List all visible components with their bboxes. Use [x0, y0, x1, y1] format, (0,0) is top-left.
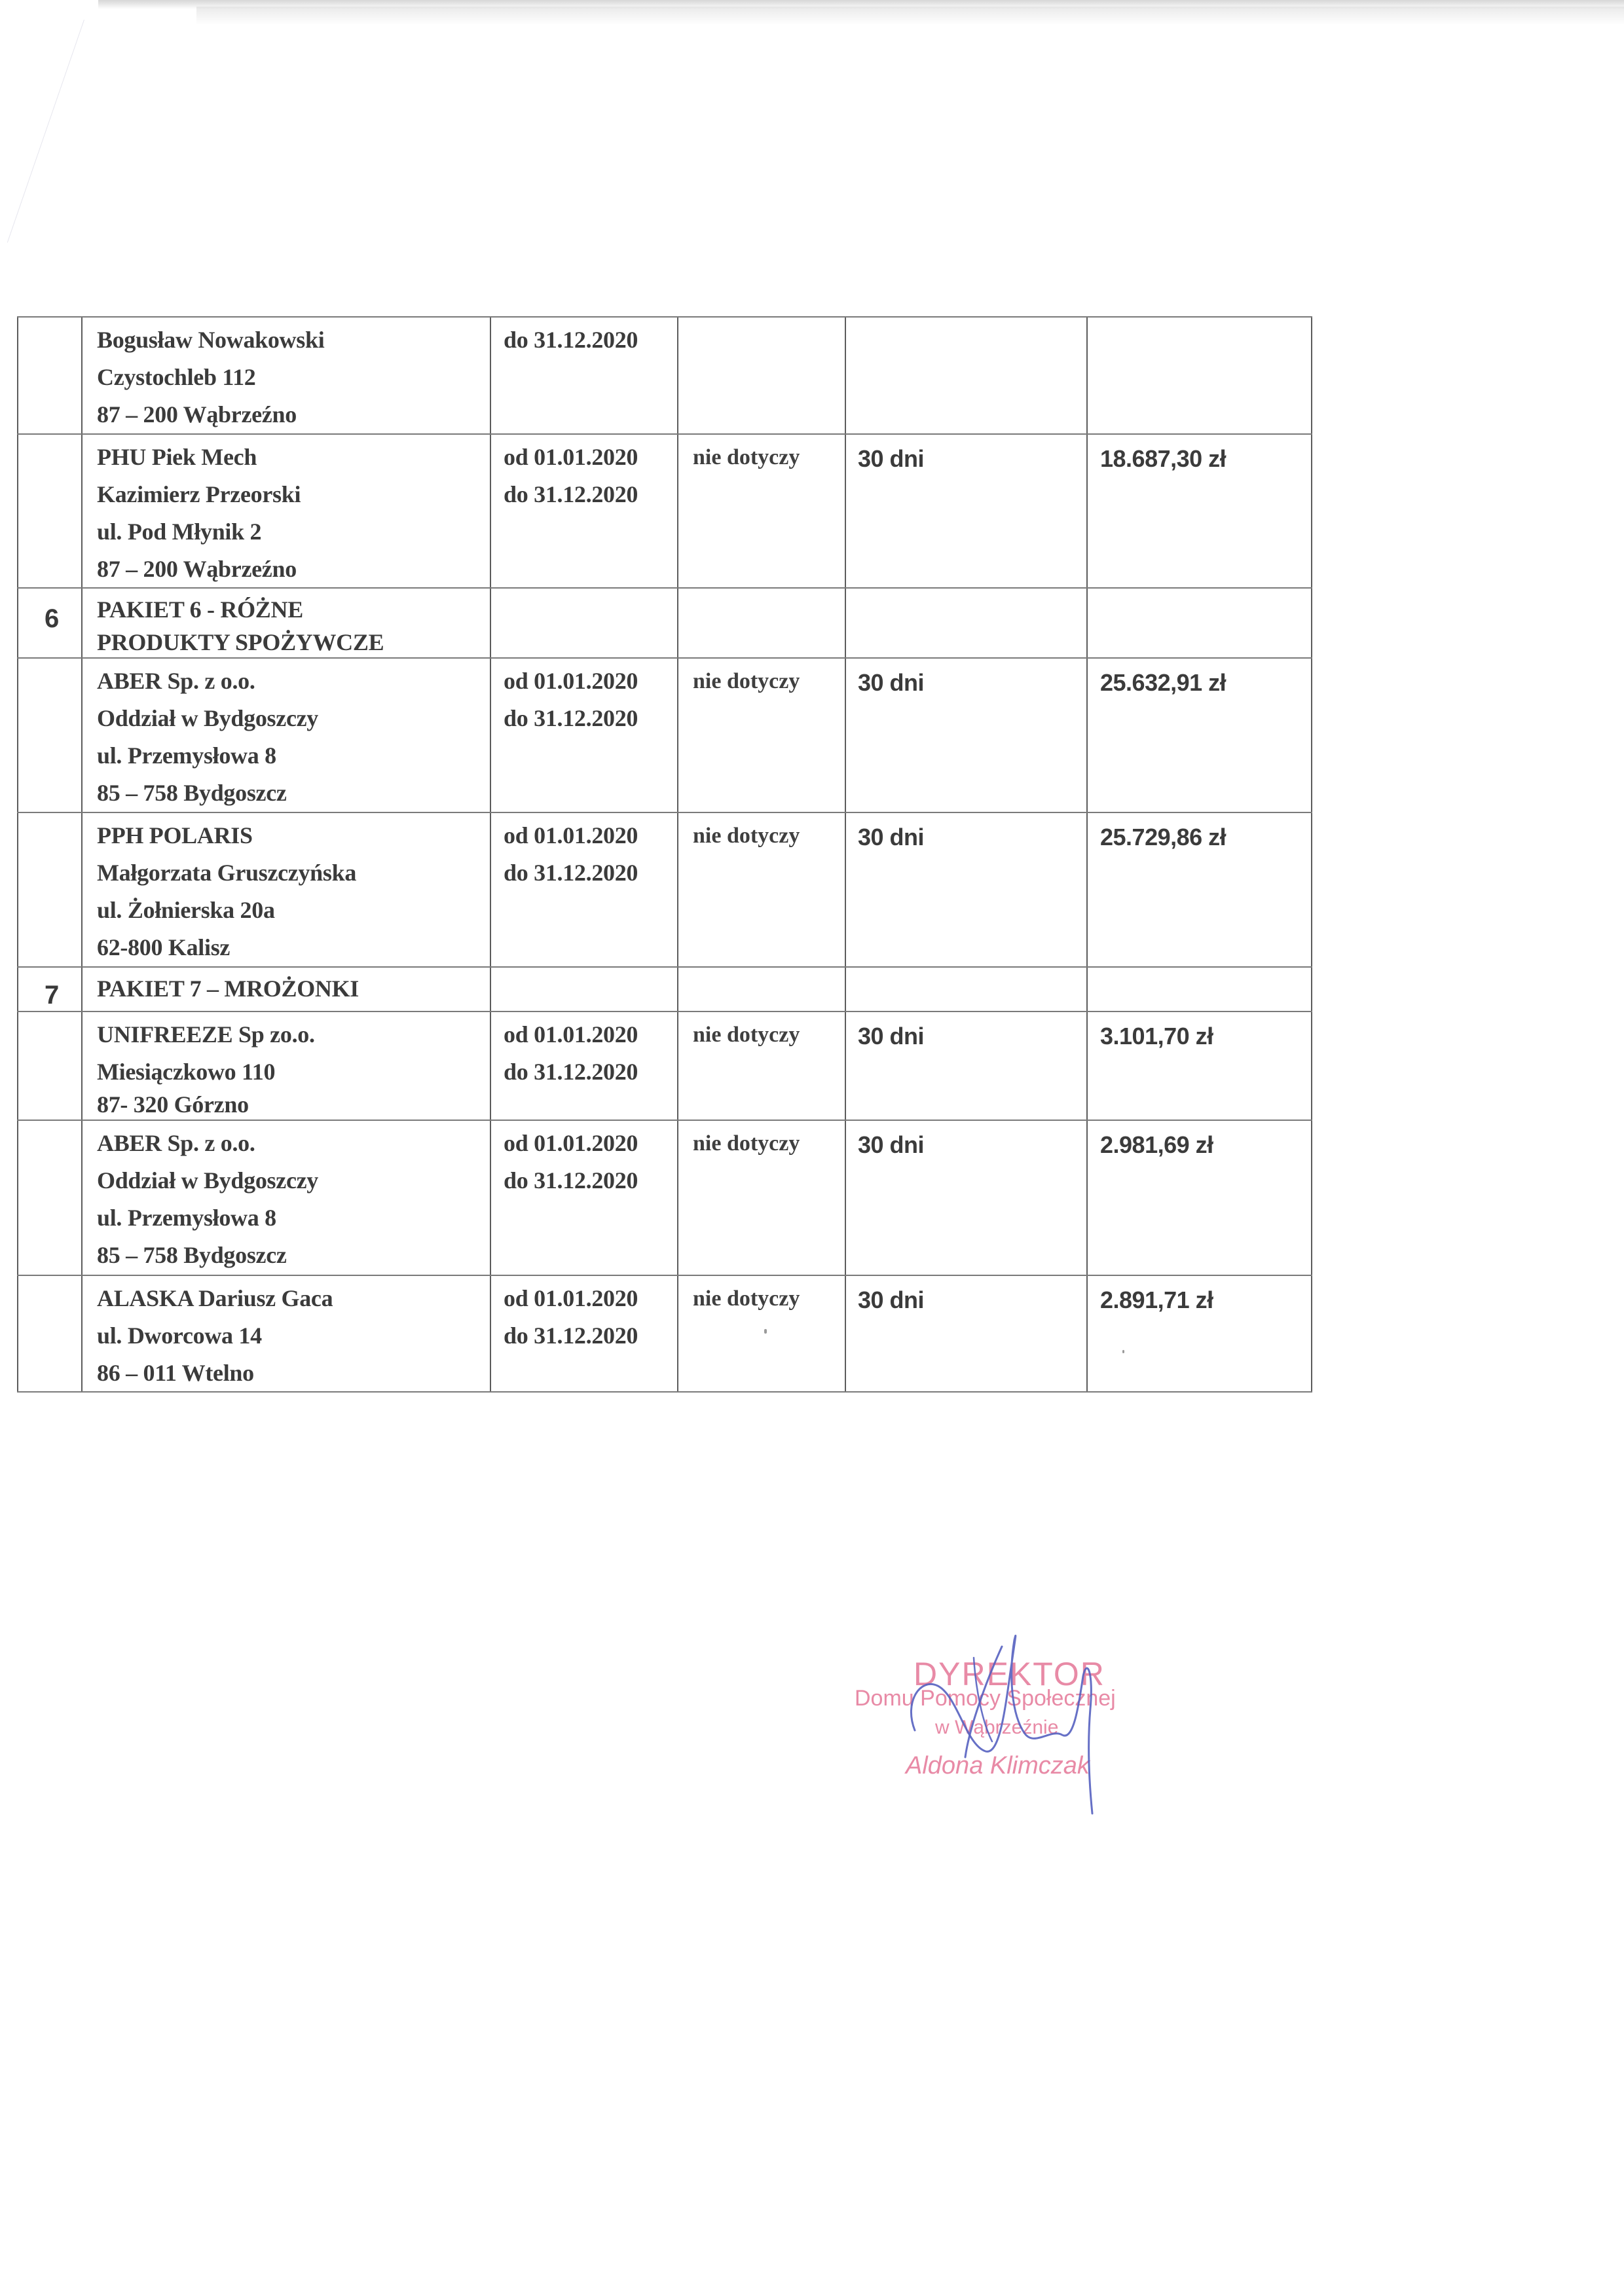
- deadline-value: nie dotyczy: [693, 1016, 800, 1053]
- deadline-value: nie dotyczy: [693, 663, 800, 700]
- payment-term: 30 dni: [858, 1017, 924, 1055]
- contractor-line: Małgorzata Gruszczyńska: [97, 854, 356, 892]
- table-row-border: [17, 316, 1312, 318]
- contractor-line: 85 – 758 Bydgoszcz: [97, 774, 287, 812]
- price-value: 2.891,71 zł: [1100, 1281, 1213, 1319]
- payment-term: 30 dni: [858, 818, 924, 856]
- contractor-line: Czystochleb 112: [97, 359, 256, 396]
- contractor-line: ul. Przemysłowa 8: [97, 1199, 276, 1237]
- table-column-border: [490, 316, 491, 1393]
- table-column-border: [677, 316, 678, 1393]
- table-row-border: [17, 433, 1312, 435]
- table-column-border: [81, 316, 83, 1393]
- contract-period: od 01.01.2020: [504, 1016, 638, 1053]
- scan-speck: [1122, 1350, 1124, 1353]
- contractor-line: ul. Pod Młynik 2: [97, 513, 261, 551]
- deadline-value: nie dotyczy: [693, 817, 800, 854]
- table-row-border: [17, 966, 1312, 968]
- contractor-line: ABER Sp. z o.o.: [97, 1125, 255, 1162]
- payment-term: 30 dni: [858, 440, 924, 477]
- table-column-border: [17, 316, 18, 1393]
- contractor-line: 87 – 200 Wąbrzeźno: [97, 396, 297, 433]
- price-value: 25.632,91 zł: [1100, 664, 1226, 701]
- contractor-line: ul. Przemysłowa 8: [97, 737, 276, 774]
- contractor-line: Bogusław Nowakowski: [97, 321, 324, 359]
- contractor-line: 87- 320 Górzno: [97, 1086, 249, 1123]
- deadline-value: nie dotyczy: [693, 1280, 800, 1317]
- package-number: 7: [45, 981, 59, 1010]
- contract-period: do 31.12.2020: [504, 321, 638, 359]
- contractor-line: 85 – 758 Bydgoszcz: [97, 1237, 287, 1274]
- payment-term: 30 dni: [858, 664, 924, 701]
- price-value: 2.981,69 zł: [1100, 1126, 1213, 1163]
- contract-period: od 01.01.2020: [504, 1280, 638, 1317]
- contract-period: od 01.01.2020: [504, 1125, 638, 1162]
- contractor-line: PAKIET 7 – MROŻONKI: [97, 970, 359, 1008]
- table-row-border: [17, 812, 1312, 813]
- contractor-line: ul. Dworcowa 14: [97, 1317, 262, 1355]
- contractor-line: 62-800 Kalisz: [97, 929, 230, 966]
- scan-shadow-top-secondary: [196, 7, 1624, 25]
- contract-period: do 31.12.2020: [504, 1162, 638, 1199]
- payment-term: 30 dni: [858, 1126, 924, 1163]
- price-value: 25.729,86 zł: [1100, 818, 1226, 856]
- contractor-line: PAKIET 6 - RÓŻNE: [97, 591, 303, 629]
- contractor-line: ABER Sp. z o.o.: [97, 663, 255, 700]
- contract-period: do 31.12.2020: [504, 700, 638, 737]
- contractor-line: UNIFREEZE Sp zo.o.: [97, 1016, 315, 1053]
- price-value: 18.687,30 zł: [1100, 440, 1226, 477]
- contractor-line: Kazimierz Przeorski: [97, 476, 301, 513]
- table-column-border: [1311, 316, 1312, 1393]
- table-row-border: [17, 1011, 1312, 1012]
- contractor-line: Oddział w Bydgoszczy: [97, 1162, 318, 1199]
- scan-artifact-line: [7, 20, 84, 243]
- contract-period: do 31.12.2020: [504, 1317, 638, 1355]
- stamp-city: w Wąbrzeźnie: [935, 1717, 1058, 1739]
- stamp-organization: Domu Pomocy Społecznej: [855, 1686, 1116, 1711]
- scan-speck: [764, 1329, 767, 1334]
- contractor-line: PRODUKTY SPOŻYWCZE: [97, 624, 384, 661]
- contract-period: od 01.01.2020: [504, 817, 638, 854]
- contract-period: do 31.12.2020: [504, 854, 638, 892]
- deadline-value: nie dotyczy: [693, 439, 800, 476]
- price-value: 3.101,70 zł: [1100, 1017, 1213, 1055]
- contract-period: do 31.12.2020: [504, 476, 638, 513]
- contractor-line: 87 – 200 Wąbrzeźno: [97, 551, 297, 588]
- contract-period: od 01.01.2020: [504, 663, 638, 700]
- contractor-line: 86 – 011 Wtelno: [97, 1355, 254, 1392]
- payment-term: 30 dni: [858, 1281, 924, 1319]
- contractor-line: Oddział w Bydgoszczy: [97, 700, 318, 737]
- deadline-value: nie dotyczy: [693, 1125, 800, 1162]
- stamp-name: Aldona Klimczak: [906, 1752, 1090, 1780]
- contract-period: do 31.12.2020: [504, 1053, 638, 1091]
- table-column-border: [1086, 316, 1088, 1393]
- contractor-line: PPH POLARIS: [97, 817, 253, 854]
- table-row-border: [17, 1275, 1312, 1276]
- table-column-border: [845, 316, 846, 1393]
- contract-period: od 01.01.2020: [504, 439, 638, 476]
- contractor-line: Miesiączkowo 110: [97, 1053, 275, 1091]
- contractor-line: ALASKA Dariusz Gaca: [97, 1280, 333, 1317]
- contractor-line: PHU Piek Mech: [97, 439, 257, 476]
- package-number: 6: [45, 604, 59, 634]
- contractor-line: ul. Żołnierska 20a: [97, 892, 275, 929]
